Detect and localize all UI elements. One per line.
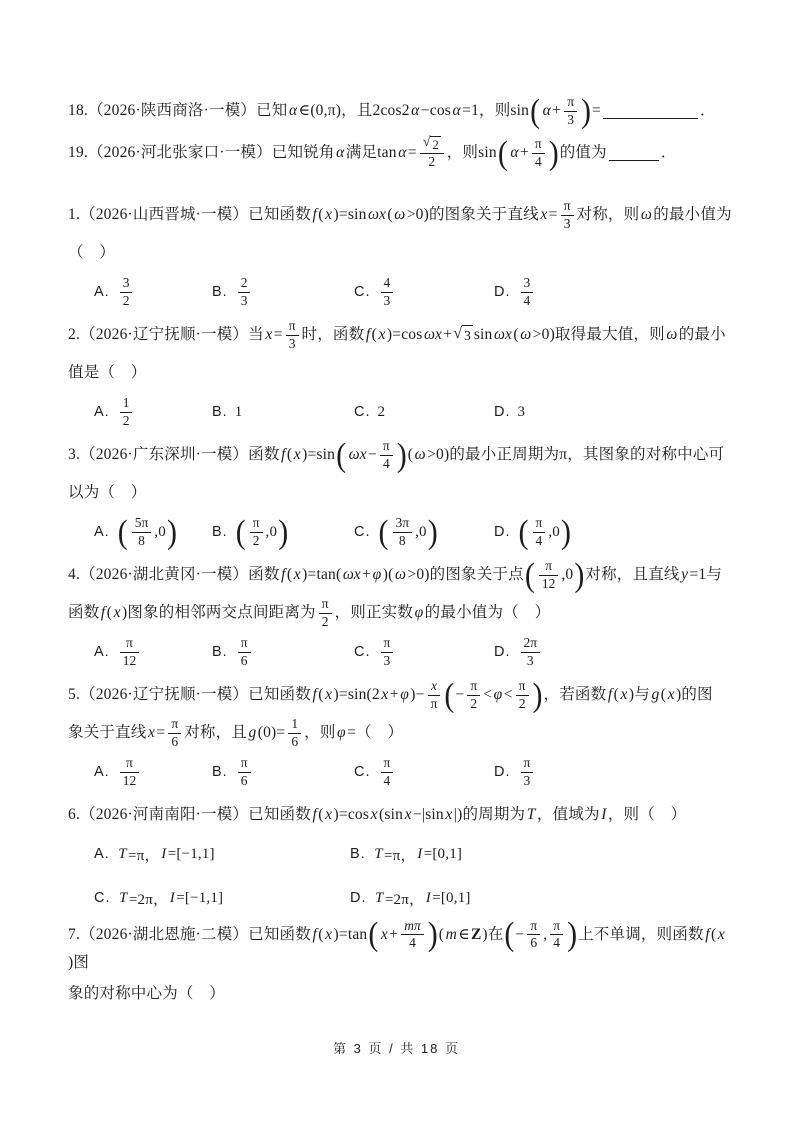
text-run: + (390, 683, 399, 706)
fraction: √22 (420, 136, 444, 170)
numerator: π (380, 438, 393, 454)
denominator: 8 (393, 532, 413, 549)
fraction: π2 (250, 515, 263, 548)
denominator: 8 (132, 532, 152, 549)
right-paren: ) (549, 138, 559, 168)
option-label: B. (350, 846, 366, 862)
fraction: π4 (533, 515, 546, 548)
denominator: 2 (120, 412, 133, 429)
math-variable: f (311, 683, 318, 706)
text-run: )在 (482, 923, 503, 946)
question-line: 2.（2026·辽宁抚顺·一模）当x=π3时，函数f(x)=cosωx+√3si… (68, 316, 741, 354)
options-row: A.12B.1C.2D.3 (68, 392, 741, 432)
option-label: C. (354, 284, 371, 300)
text-run: )与 (629, 683, 650, 706)
text-run: 对称，则 (577, 203, 640, 226)
numerator: π (542, 558, 555, 574)
option-label: D. (350, 890, 367, 906)
math-variable: α (397, 141, 408, 164)
option-label: D. (494, 284, 511, 300)
radicand: 2 (430, 136, 440, 153)
text-run: 的值为 (560, 141, 607, 164)
question-line: 6.（2026·河南南阳·一模）已知函数f(x)=cosx(sinx−|sinx… (68, 796, 741, 834)
options-row: A.32B.23C.43D.34 (68, 272, 741, 312)
denominator: 6 (238, 772, 251, 789)
fraction: π6 (527, 918, 540, 951)
fraction: π12 (539, 558, 559, 591)
left-paren: ( (118, 517, 128, 547)
math-variable: x (444, 803, 454, 826)
numerator: π (550, 918, 563, 934)
text-run: =[0,1] (432, 890, 470, 907)
text-run: 1.（2026·山西晋城·一模）已知函数 (68, 203, 311, 226)
denominator: 4 (381, 772, 394, 789)
fraction: π3 (381, 635, 394, 668)
option-label: B. (212, 764, 228, 780)
fraction: 32 (120, 275, 133, 308)
question-3: 3.（2026·广东深圳·一模）函数f(x)=sin(ωx−π4)(ω>0)的最… (68, 436, 741, 552)
text-run: )=sin (334, 203, 367, 226)
right-paren: ) (581, 96, 591, 126)
numerator: 3π (393, 515, 413, 531)
option-label: B. (212, 644, 228, 660)
question-line: 7.（2026·湖北恩施·二模）已知函数f(x)=tan(x+mπ4)(m∈Z)… (68, 918, 741, 975)
text-run: < (483, 683, 492, 706)
fraction: π2 (319, 596, 332, 629)
question-line: 1.（2026·山西晋城·一模）已知函数f(x)=sinωx(ω>0)的图象关于… (68, 196, 741, 234)
math-variable: I (416, 846, 424, 863)
numerator: 4 (381, 275, 394, 291)
math-variable: T (525, 803, 537, 826)
fraction: π4 (532, 136, 545, 169)
option-label: C. (94, 890, 111, 906)
denominator: 3 (521, 772, 534, 789)
fraction: 5π8 (132, 515, 152, 548)
text-run: 7.（2026·湖北恩施·二模）已知函数 (68, 923, 311, 946)
math-variable: x (377, 323, 387, 346)
text-run: 6.（2026·河南南阳·一模）已知函数 (68, 803, 311, 826)
denominator: 2 (120, 292, 133, 309)
text-run: =[0,1] (424, 846, 462, 863)
text-run: = (156, 721, 165, 744)
math-variable: ωx (493, 323, 514, 346)
numerator: 2π (521, 635, 541, 651)
text-run: )=cos (387, 323, 423, 346)
denominator: 2 (319, 613, 332, 630)
question-line: 象关于直线x=π6对称，且g(0)=16，则φ=（ ） (68, 714, 741, 752)
text-run: ，则 (304, 721, 335, 744)
option-B: B.π6 (212, 635, 354, 668)
math-variable: ω (519, 323, 533, 346)
option-A: A.π12 (94, 755, 212, 788)
fraction: 16 (288, 716, 301, 749)
page-number-text: 第 3 页 / 共 18 页 (333, 1041, 460, 1056)
numerator: π (532, 136, 545, 152)
fraction: π2 (516, 678, 529, 711)
numerator: π (238, 755, 251, 771)
math-variable: α (541, 99, 552, 122)
text-run: 2.（2026·辽宁抚顺·一模）当 (68, 323, 264, 346)
text-run: = (274, 323, 283, 346)
math-variable: φ (413, 601, 425, 624)
text-run: 值是（ ） (68, 361, 147, 384)
math-variable: ω (665, 323, 679, 346)
option-A: A.π12 (94, 635, 212, 668)
text-run: ∈(0,π)，且2cos2 (299, 99, 410, 122)
math-variable: f (311, 203, 318, 226)
denominator: 2 (250, 532, 263, 549)
question-line: 5.（2026·辽宁抚顺·一模）已知函数f(x)=sin(2x+φ)−xπ(−π… (68, 676, 741, 714)
text-run: ,0 (561, 563, 573, 586)
question-4: 4.（2026·湖北黄冈·一模）函数f(x)=tan(ωx+φ)(ω>0)的图象… (68, 556, 741, 672)
denominator: 3 (238, 292, 251, 309)
text-run: − (368, 443, 377, 466)
numerator: 3 (521, 275, 534, 291)
math-variable: x (369, 803, 379, 826)
question-line: 3.（2026·广东深圳·一模）函数f(x)=sin(ωx−π4)(ω>0)的最… (68, 436, 741, 474)
denominator: 2 (516, 695, 529, 712)
math-variable: x (403, 803, 413, 826)
text-run: 象的对称中心为（ ） (68, 982, 225, 1005)
answer-blank (603, 103, 698, 119)
text-run: = (592, 99, 601, 122)
fraction: π3 (564, 94, 577, 127)
text-run: sin (474, 323, 493, 346)
text-run: 对称，且直线 (585, 563, 679, 586)
text-run: − (515, 923, 524, 946)
option-A: A.T=π，I=[−1,1] (94, 838, 350, 870)
math-variable: g (247, 721, 258, 744)
text-run: 上不单调，则函数 (578, 923, 704, 946)
math-variable: x (112, 601, 122, 624)
denominator: 4 (550, 934, 563, 951)
denominator: 3 (561, 215, 574, 232)
text-run: −|sin (413, 803, 444, 826)
math-variable: g (650, 683, 661, 706)
numerator: π (521, 755, 534, 771)
text-run: 3 (518, 404, 526, 421)
math-bold-symbol: Z (470, 923, 482, 946)
numerator: π (238, 635, 251, 651)
right-paren: ) (167, 517, 177, 547)
fraction: π12 (120, 635, 140, 668)
numerator: π (527, 918, 540, 934)
option-label: C. (354, 764, 371, 780)
fraction: 23 (238, 275, 251, 308)
numerator: 1 (120, 395, 133, 411)
denominator: 3 (381, 652, 394, 669)
denominator: 3 (286, 335, 299, 352)
denominator: 4 (401, 934, 424, 951)
text-run: 满足tan (346, 141, 397, 164)
option-C: C.43 (354, 275, 494, 308)
math-variable: f (99, 601, 106, 624)
text-run: 19.（2026·河北张家口·一模）已知锐角 (68, 141, 335, 164)
text-run: ，则（ ） (608, 803, 687, 826)
math-variable: x (324, 203, 334, 226)
question-1: 1.（2026·山西晋城·一模）已知函数f(x)=sinωx(ω>0)的图象关于… (68, 196, 741, 312)
denominator: 6 (168, 733, 181, 750)
question-line: 函数f(x)图象的相邻两交点间距离为π2，则正实数φ的最小值为（ ） (68, 594, 741, 632)
option-A: A.(5π8,0) (94, 515, 212, 548)
options-row: A.π12B.π6C.π3D.2π3 (68, 632, 741, 672)
option-C: C.(3π8,0) (354, 515, 494, 548)
options-row: A.T=π，I=[−1,1]B.T=π，I=[0,1]C.T=2π，I=[−1,… (68, 838, 741, 914)
option-label: C. (354, 524, 371, 540)
text-run: =[−1,1] (176, 890, 223, 907)
option-B: B.1 (212, 396, 354, 428)
denominator: 4 (380, 455, 393, 472)
math-variable: f (704, 923, 711, 946)
numerator: π (516, 678, 529, 694)
text-run: )图 (68, 951, 89, 974)
math-variable: α (509, 141, 520, 164)
option-label: A. (94, 524, 110, 540)
text-run: )=sin(2 (334, 683, 380, 706)
fraction: 3π8 (393, 515, 413, 548)
text-run: 以为（ ） (68, 481, 147, 504)
text-run: =2π， (129, 888, 168, 909)
radicand: 3 (462, 325, 473, 346)
math-variable: ωx (341, 563, 362, 586)
sqrt: √3 (453, 325, 473, 346)
text-run: （ ） (68, 241, 115, 264)
text-run: = (549, 203, 558, 226)
right-paren: ) (533, 680, 543, 710)
text-run: −cos (421, 99, 451, 122)
fraction: π4 (550, 918, 563, 951)
denominator: 6 (288, 733, 301, 750)
numerator: 1 (288, 716, 301, 732)
option-D: D.T=2π，I=[0,1] (350, 882, 741, 914)
fraction: 34 (521, 275, 534, 308)
right-paren: ) (278, 517, 288, 547)
text-run: 的最小值为（ ） (425, 601, 551, 624)
left-paren: ( (444, 680, 454, 710)
fraction: π12 (120, 755, 140, 788)
fraction: 2π3 (521, 635, 541, 668)
option-B: B.23 (212, 275, 354, 308)
fraction: π4 (381, 755, 394, 788)
question-7: 7.（2026·湖北恩施·二模）已知函数f(x)=tan(x+mπ4)(m∈Z)… (68, 918, 741, 1013)
text-run: ，若函数 (544, 683, 607, 706)
text-run: 3.（2026·广东深圳·一模）函数 (68, 443, 280, 466)
math-variable: ωx (367, 203, 388, 226)
math-variable: f (280, 563, 287, 586)
left-paren: ( (236, 517, 246, 547)
math-variable: ω (393, 203, 407, 226)
option-C: C.2 (354, 396, 494, 428)
option-C: C.T=2π，I=[−1,1] (94, 882, 350, 914)
option-label: A. (94, 404, 110, 420)
option-label: D. (494, 764, 511, 780)
math-variable: α (335, 141, 346, 164)
questions-container: 18.（2026·陕西商洛·一模）已知α∈(0,π)，且2cos2α−cosα=… (0, 0, 793, 1013)
numerator: 5π (132, 515, 152, 531)
math-variable: x (324, 923, 334, 946)
text-run: ． (661, 141, 677, 164)
numerator: x (428, 678, 440, 694)
text-run: 2 (378, 404, 386, 421)
numerator: π (533, 515, 546, 531)
math-variable: ω (639, 203, 653, 226)
text-run: ,0 (548, 524, 560, 541)
fraction: xπ (428, 678, 441, 711)
left-paren: ( (379, 517, 389, 547)
option-label: D. (494, 524, 511, 540)
option-A: A.12 (94, 395, 212, 428)
denominator: 6 (527, 934, 540, 951)
text-run: + (362, 563, 371, 586)
radical-icon: √ (453, 325, 462, 343)
option-label: A. (94, 846, 110, 862)
left-paren: ( (525, 560, 535, 590)
math-variable: x (379, 923, 389, 946)
denominator: 4 (521, 292, 534, 309)
answer-blank (609, 145, 659, 161)
text-run: 4.（2026·湖北黄冈·一模）函数 (68, 563, 280, 586)
text-run: ． (700, 99, 716, 122)
text-run: =2π， (385, 888, 424, 909)
text-run: + (389, 923, 398, 946)
text-run: )=tan( (302, 563, 341, 586)
text-run: 1 (235, 404, 243, 421)
sqrt: √2 (423, 136, 441, 153)
exam-page: 18.（2026·陕西商洛·一模）已知α∈(0,π)，且2cos2α−cosα=… (0, 0, 793, 1122)
text-run: )=tan (334, 923, 368, 946)
question-line: 象的对称中心为（ ） (68, 975, 741, 1013)
math-variable: x (716, 923, 726, 946)
math-variable: x (264, 323, 274, 346)
math-variable: m (444, 923, 458, 946)
option-label: B. (212, 284, 228, 300)
denominator: 4 (532, 153, 545, 170)
math-variable: T (118, 890, 129, 907)
fraction: π3 (561, 198, 574, 231)
text-run: )=cos (334, 803, 370, 826)
text-run: ,0 (154, 524, 166, 541)
page-footer: 第 3 页 / 共 18 页 (0, 1038, 793, 1057)
math-variable: T (374, 890, 385, 907)
option-label: D. (494, 404, 511, 420)
math-variable: x (324, 683, 334, 706)
text-run: ，则sin (447, 141, 497, 164)
option-D: D.(π4,0) (494, 515, 741, 548)
denominator: 6 (238, 652, 251, 669)
math-variable: α (288, 99, 299, 122)
left-paren: ( (504, 920, 514, 950)
math-variable: φ (492, 683, 504, 706)
numerator: π (381, 755, 394, 771)
question-line: 18.（2026·陕西商洛·一模）已知α∈(0,π)，且2cos2α−cosα=… (68, 92, 741, 130)
option-B: B.T=π，I=[0,1] (350, 838, 741, 870)
math-variable: T (117, 846, 128, 863)
option-label: A. (94, 644, 110, 660)
text-run: =1与 (689, 563, 722, 586)
math-variable: φ (371, 563, 383, 586)
text-run: < (504, 683, 513, 706)
numerator: π (564, 94, 577, 110)
math-variable: φ (399, 683, 411, 706)
math-variable: φ (336, 721, 348, 744)
option-label: A. (94, 284, 110, 300)
text-run: 时，函数 (302, 323, 365, 346)
right-paren: ) (428, 517, 438, 547)
math-variable: α (451, 99, 462, 122)
fraction: π3 (521, 755, 534, 788)
text-run: |)的周期为 (454, 803, 525, 826)
math-variable: ω (413, 443, 427, 466)
text-run: >0)取得最大值，则 (533, 323, 665, 346)
math-variable: I (424, 890, 432, 907)
left-paren: ( (368, 920, 378, 950)
right-paren: ) (397, 440, 407, 470)
question-line: 值是（ ） (68, 354, 741, 392)
math-variable: α (410, 99, 421, 122)
math-variable: x (619, 683, 629, 706)
math-variable: x (292, 443, 302, 466)
math-variable: x (666, 683, 676, 706)
math-variable: x (539, 203, 549, 226)
denominator: 12 (539, 575, 559, 592)
left-paren: ( (519, 517, 529, 547)
question-19: 19.（2026·河北张家口·一模）已知锐角α满足tanα=√22，则sin(α… (68, 134, 741, 172)
math-variable: f (311, 803, 318, 826)
math-variable: ωx (347, 443, 368, 466)
text-run: + (443, 323, 452, 346)
text-run: 的最小 (679, 323, 726, 346)
option-B: B.π6 (212, 755, 354, 788)
text-run: )− (410, 683, 424, 706)
text-run: ∈ (458, 923, 470, 946)
denominator: 2 (420, 153, 444, 170)
option-D: D.3 (494, 396, 741, 428)
option-label: B. (212, 404, 228, 420)
fraction: 12 (120, 395, 133, 428)
option-label: C. (354, 404, 371, 420)
option-D: D.34 (494, 275, 741, 308)
math-variable: y (680, 563, 690, 586)
math-variable: I (600, 803, 608, 826)
denominator: 4 (533, 532, 546, 549)
text-run: =π， (384, 844, 416, 865)
option-C: C.π4 (354, 755, 494, 788)
fraction: 43 (381, 275, 394, 308)
text-run: )图象的相邻两交点间距离为 (122, 601, 316, 624)
numerator: π (286, 318, 299, 334)
text-run: >0)的图象关于点 (407, 563, 523, 586)
numerator: π (250, 515, 263, 531)
denominator: 12 (120, 772, 140, 789)
text-run: >0)的最小正周期为π，其图象的对称中心可 (427, 443, 724, 466)
numerator: π (381, 635, 394, 651)
question-line: 4.（2026·湖北黄冈·一模）函数f(x)=tan(ωx+φ)(ω>0)的图象… (68, 556, 741, 594)
option-D: D.2π3 (494, 635, 741, 668)
numerator: √2 (420, 136, 444, 153)
question-5: 5.（2026·辽宁抚顺·一模）已知函数f(x)=sin(2x+φ)−xπ(−π… (68, 676, 741, 792)
text-run: = (408, 141, 417, 164)
numerator: mπ (401, 918, 424, 934)
math-variable: x (324, 803, 334, 826)
math-variable: I (160, 846, 168, 863)
denominator: 12 (120, 652, 140, 669)
text-run: 5.（2026·辽宁抚顺·一模）已知函数 (68, 683, 311, 706)
question-line: 以为（ ） (68, 474, 741, 512)
math-variable: x (147, 721, 157, 744)
denominator: π (428, 695, 441, 712)
text-run: ，则正实数 (335, 601, 414, 624)
question-line: （ ） (68, 234, 741, 272)
